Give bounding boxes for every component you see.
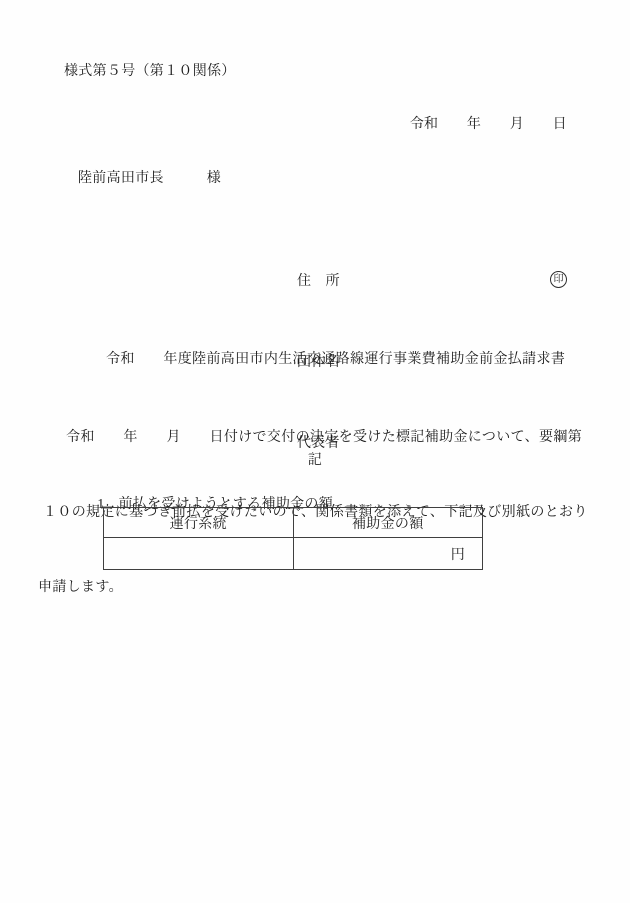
document-title: 令和 年度陸前高田市内生活交通路線運行事業費補助金前金払請求書: [106, 351, 565, 368]
ki-heading: 記: [0, 452, 630, 469]
amount-cell: 円: [293, 538, 483, 570]
date-line: 令和 年 月 日: [410, 116, 567, 133]
addressee-line: 陸前高田市長 様: [78, 170, 221, 187]
seal-character: 印: [554, 275, 564, 285]
table-row: 円: [104, 538, 483, 570]
document-page: 様式第５号（第１０関係） 令和 年 月 日 陸前高田市長 様 住 所 団体名 代…: [0, 0, 630, 903]
body-line-1: 令和 年 月 日付けで交付の決定を受けた標記補助金について、要綱第: [38, 425, 594, 450]
route-cell: [104, 538, 294, 570]
form-number: 様式第５号（第１０関係）: [64, 63, 236, 80]
seal-mark-icon: 印: [550, 271, 567, 288]
column-header-amount: 補助金の額: [293, 508, 483, 538]
body-line-3: 申請します。: [38, 575, 594, 600]
column-header-route: 運行系統: [104, 508, 294, 538]
subsidy-amount-table: 運行系統 補助金の額 円: [103, 507, 483, 570]
table-header-row: 運行系統 補助金の額: [104, 508, 483, 538]
address-label: 住 所: [297, 268, 340, 295]
